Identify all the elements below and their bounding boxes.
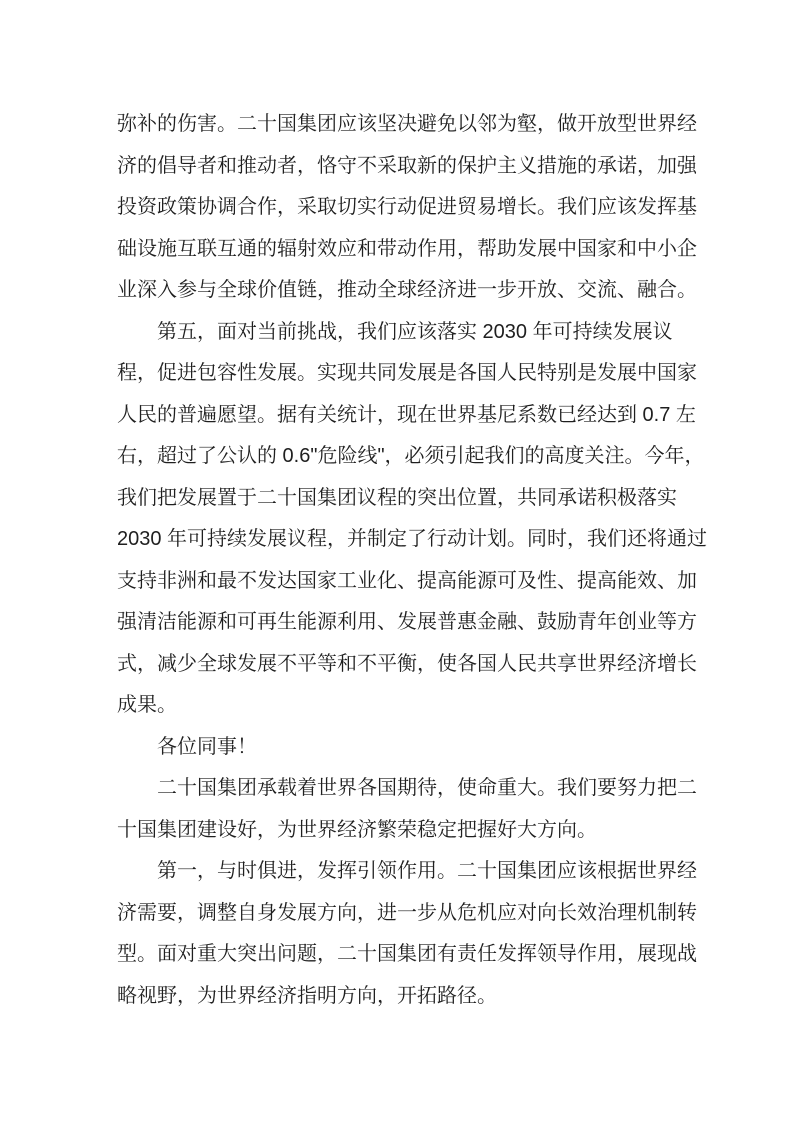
document-body: 弥补的伤害。二十国集团应该坚决避免以邻为壑，做开放型世界经 济的倡导者和推动者，… xyxy=(117,104,717,1017)
document-page: 弥补的伤害。二十国集团应该坚决避免以邻为壑，做开放型世界经 济的倡导者和推动者，… xyxy=(0,0,800,1130)
paragraph-point-one: 第一，与时俱进，发挥引领作用。二十国集团应该根据世界经 济需要，调整自身发展方向… xyxy=(117,851,717,1017)
paragraph-address-colleagues: 各位同事！ xyxy=(117,727,717,769)
paragraph-point-five: 第五，面对当前挑战，我们应该落实 2030 年可持续发展议 程，促进包容性发展。… xyxy=(117,312,717,727)
paragraph-g20-mission: 二十国集团承载着世界各国期待，使命重大。我们要努力把二 十国集团建设好，为世界经… xyxy=(117,768,717,851)
paragraph-continuation: 弥补的伤害。二十国集团应该坚决避免以邻为壑，做开放型世界经 济的倡导者和推动者，… xyxy=(117,104,717,312)
